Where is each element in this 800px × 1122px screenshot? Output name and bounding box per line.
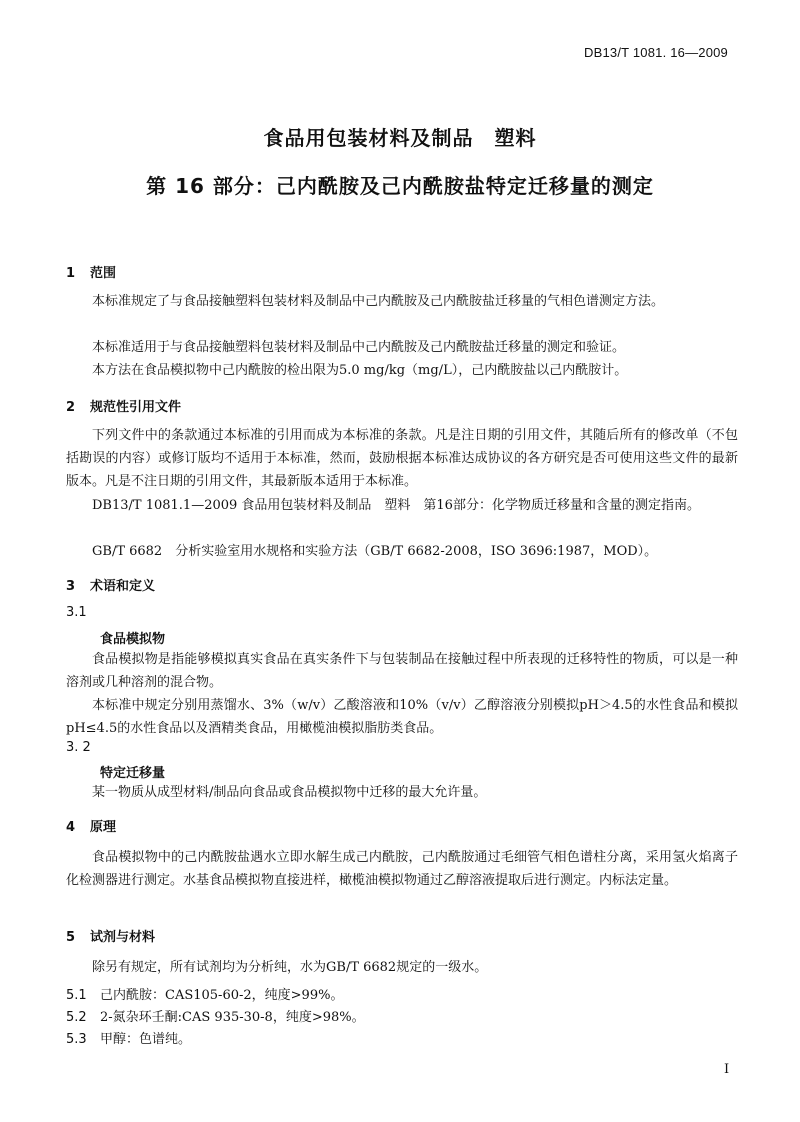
section-number: 1 [66, 266, 90, 281]
reagent-item: 5.1己内酰胺：CAS105-60-2，纯度>99%。 [66, 984, 343, 1003]
section-number: 2 [66, 400, 90, 415]
section-title: 试剂与材料 [90, 930, 155, 945]
item-text: 甲醇：色谱纯。 [100, 1032, 191, 1047]
paragraph: 除另有规定，所有试剂均为分析纯，水为GB/T 6682规定的一级水。 [66, 956, 738, 979]
item-text: 己内酰胺：CAS105-60-2，纯度>99%。 [100, 988, 343, 1003]
item-number: 5.3 [66, 1032, 100, 1047]
clause-number: 3.1 [66, 605, 87, 620]
section-number: 4 [66, 820, 90, 835]
term-title: 特定迁移量 [100, 762, 165, 781]
paragraph: 本方法在食品模拟物中己内酰胺的检出限为5.0 mg/kg（mg/L），己内酰胺盐… [66, 359, 738, 382]
section-heading-scope: 1范围 [66, 262, 116, 281]
paragraph: 本标准规定了与食品接触塑料包装材料及制品中己内酰胺及己内酰胺盐迁移量的气相色谱测… [66, 290, 738, 313]
paragraph: 本标准中规定分别用蒸馏水、3%（w/v）乙酸溶液和10%（v/v）乙醇溶液分别模… [66, 694, 738, 740]
document-page: DB13/T 1081. 16—2009 食品用包装材料及制品 塑料 第 16 … [0, 0, 800, 1122]
paragraph: 本标准适用于与食品接触塑料包装材料及制品中己内酰胺及己内酰胺盐迁移量的测定和验证… [66, 336, 738, 359]
paragraph: 某一物质从成型材料/制品向食品或食品模拟物中迁移的最大允许量。 [66, 781, 738, 804]
paragraph: 下列文件中的条款通过本标准的引用而成为本标准的条款。凡是注日期的引用文件，其随后… [66, 424, 738, 493]
clause-number: 3. 2 [66, 740, 91, 755]
item-number: 5.2 [66, 1010, 100, 1025]
paragraph: 食品模拟物中的己内酰胺盐遇水立即水解生成己内酰胺，己内酰胺通过毛细管气相色谱柱分… [66, 846, 738, 892]
page-number: I [724, 1062, 729, 1077]
document-title: 食品用包装材料及制品 塑料 [0, 122, 800, 151]
reagent-item: 5.22-氮杂环壬酮:CAS 935-30-8，纯度>98%。 [66, 1006, 365, 1025]
section-number: 3 [66, 579, 90, 594]
section-heading-terms: 3术语和定义 [66, 575, 155, 594]
document-subtitle: 第 16 部分：己内酰胺及己内酰胺盐特定迁移量的测定 [0, 170, 800, 199]
section-title: 术语和定义 [90, 579, 155, 594]
term-title: 食品模拟物 [100, 628, 165, 647]
section-title: 范围 [90, 266, 116, 281]
item-text: 2-氮杂环壬酮:CAS 935-30-8，纯度>98%。 [100, 1010, 365, 1025]
section-number: 5 [66, 930, 90, 945]
section-title: 原理 [90, 820, 116, 835]
reagent-item: 5.3甲醇：色谱纯。 [66, 1028, 191, 1047]
paragraph: 食品模拟物是指能够模拟真实食品在真实条件下与包装制品在接触过程中所表现的迁移特性… [66, 648, 738, 694]
standard-code: DB13/T 1081. 16—2009 [584, 45, 728, 60]
reference-item: GB/T 6682 分析实验室用水规格和实验方法（GB/T 6682-2008，… [66, 540, 738, 563]
item-number: 5.1 [66, 988, 100, 1003]
reference-item: DB13/T 1081.1—2009 食品用包装材料及制品 塑料 第16部分：化… [66, 494, 738, 517]
section-heading-principle: 4原理 [66, 816, 116, 835]
section-heading-reagents: 5试剂与材料 [66, 926, 155, 945]
section-title: 规范性引用文件 [90, 400, 181, 415]
section-heading-normative-references: 2规范性引用文件 [66, 396, 181, 415]
